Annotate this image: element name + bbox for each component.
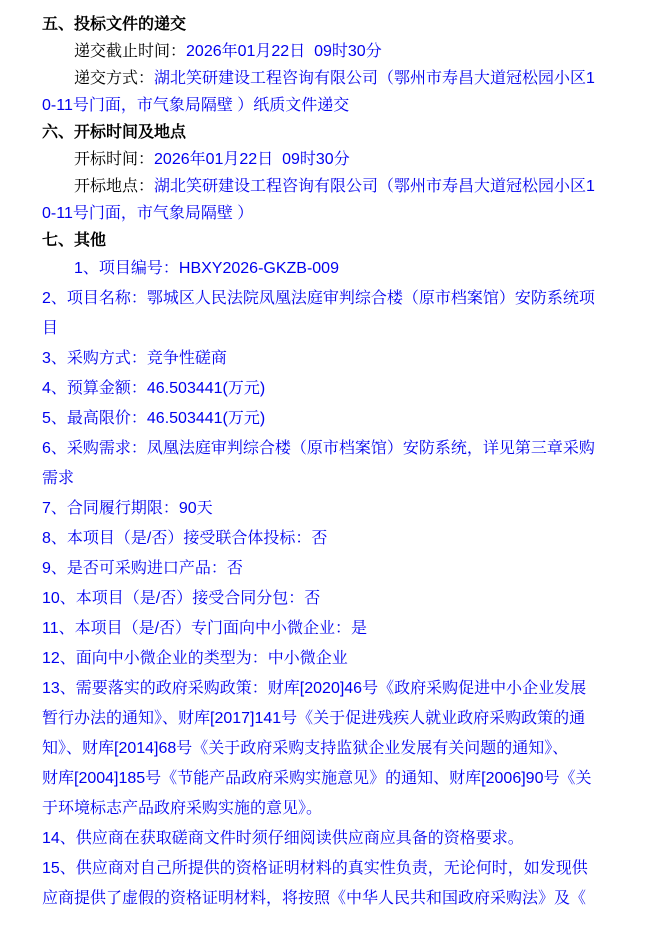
opening-place-row: 开标地点：湖北笑研建设工程咨询有限公司（鄂州市寿昌大道冠松园小区1 0-11号门…	[42, 173, 648, 227]
opening-time-value: 2026年01月22日 09时30分	[154, 151, 350, 168]
submission-method-row: 递交方式：湖北笑研建设工程咨询有限公司（鄂州市寿昌大道冠松园小区1 0-11号门…	[42, 65, 648, 119]
other-item-15: 15、供应商对自己所提供的资格证明材料的真实性负责，无论何时，如发现供 应商提供…	[42, 854, 648, 914]
section7-heading: 七、其他	[42, 227, 648, 254]
document-page: 五、投标文件的递交 递交截止时间：2026年01月22日 09时30分 递交方式…	[0, 0, 666, 944]
other-item-6: 6、采购需求：凤凰法庭审判综合楼（原市档案馆）安防系统，详见第三章采购 需求	[42, 434, 648, 494]
section6-heading: 六、开标时间及地点	[42, 119, 648, 146]
other-item-9: 9、是否可采购进口产品：否	[42, 554, 648, 584]
other-item-5: 5、最高限价：46.503441(万元)	[42, 404, 648, 434]
other-item-2: 2、项目名称：鄂城区人民法院凤凰法庭审判综合楼（原市档案馆）安防系统项 目	[42, 284, 648, 344]
other-item-8: 8、本项目（是/否）接受联合体投标：否	[42, 524, 648, 554]
other-item-12: 12、面向中小微企业的类型为：中小微企业	[42, 644, 648, 674]
other-item-11: 11、本项目（是/否）专门面向中小微企业：是	[42, 614, 648, 644]
opening-time-row: 开标时间：2026年01月22日 09时30分	[42, 146, 648, 173]
other-item-4: 4、预算金额：46.503441(万元)	[42, 374, 648, 404]
submission-deadline-row: 递交截止时间：2026年01月22日 09时30分	[42, 38, 648, 65]
section5-heading: 五、投标文件的递交	[42, 11, 648, 38]
other-item-7: 7、合同履行期限：90天	[42, 494, 648, 524]
other-item-10: 10、本项目（是/否）接受合同分包：否	[42, 584, 648, 614]
opening-place-label: 开标地点：	[74, 178, 154, 195]
other-item-14: 14、供应商在获取磋商文件时须仔细阅读供应商应具备的资格要求。	[42, 824, 648, 854]
submission-deadline-value: 2026年01月22日 09时30分	[186, 43, 382, 60]
submission-method-label: 递交方式：	[74, 70, 154, 87]
opening-time-label: 开标时间：	[74, 151, 154, 168]
other-item-13: 13、需要落实的政府采购政策：财库[2020]46号《政府采购促进中小企业发展 …	[42, 674, 648, 824]
other-item-1: 1、项目编号：HBXY2026-GKZB-009	[42, 254, 648, 284]
other-item-3: 3、采购方式：竞争性磋商	[42, 344, 648, 374]
submission-deadline-label: 递交截止时间：	[74, 43, 186, 60]
